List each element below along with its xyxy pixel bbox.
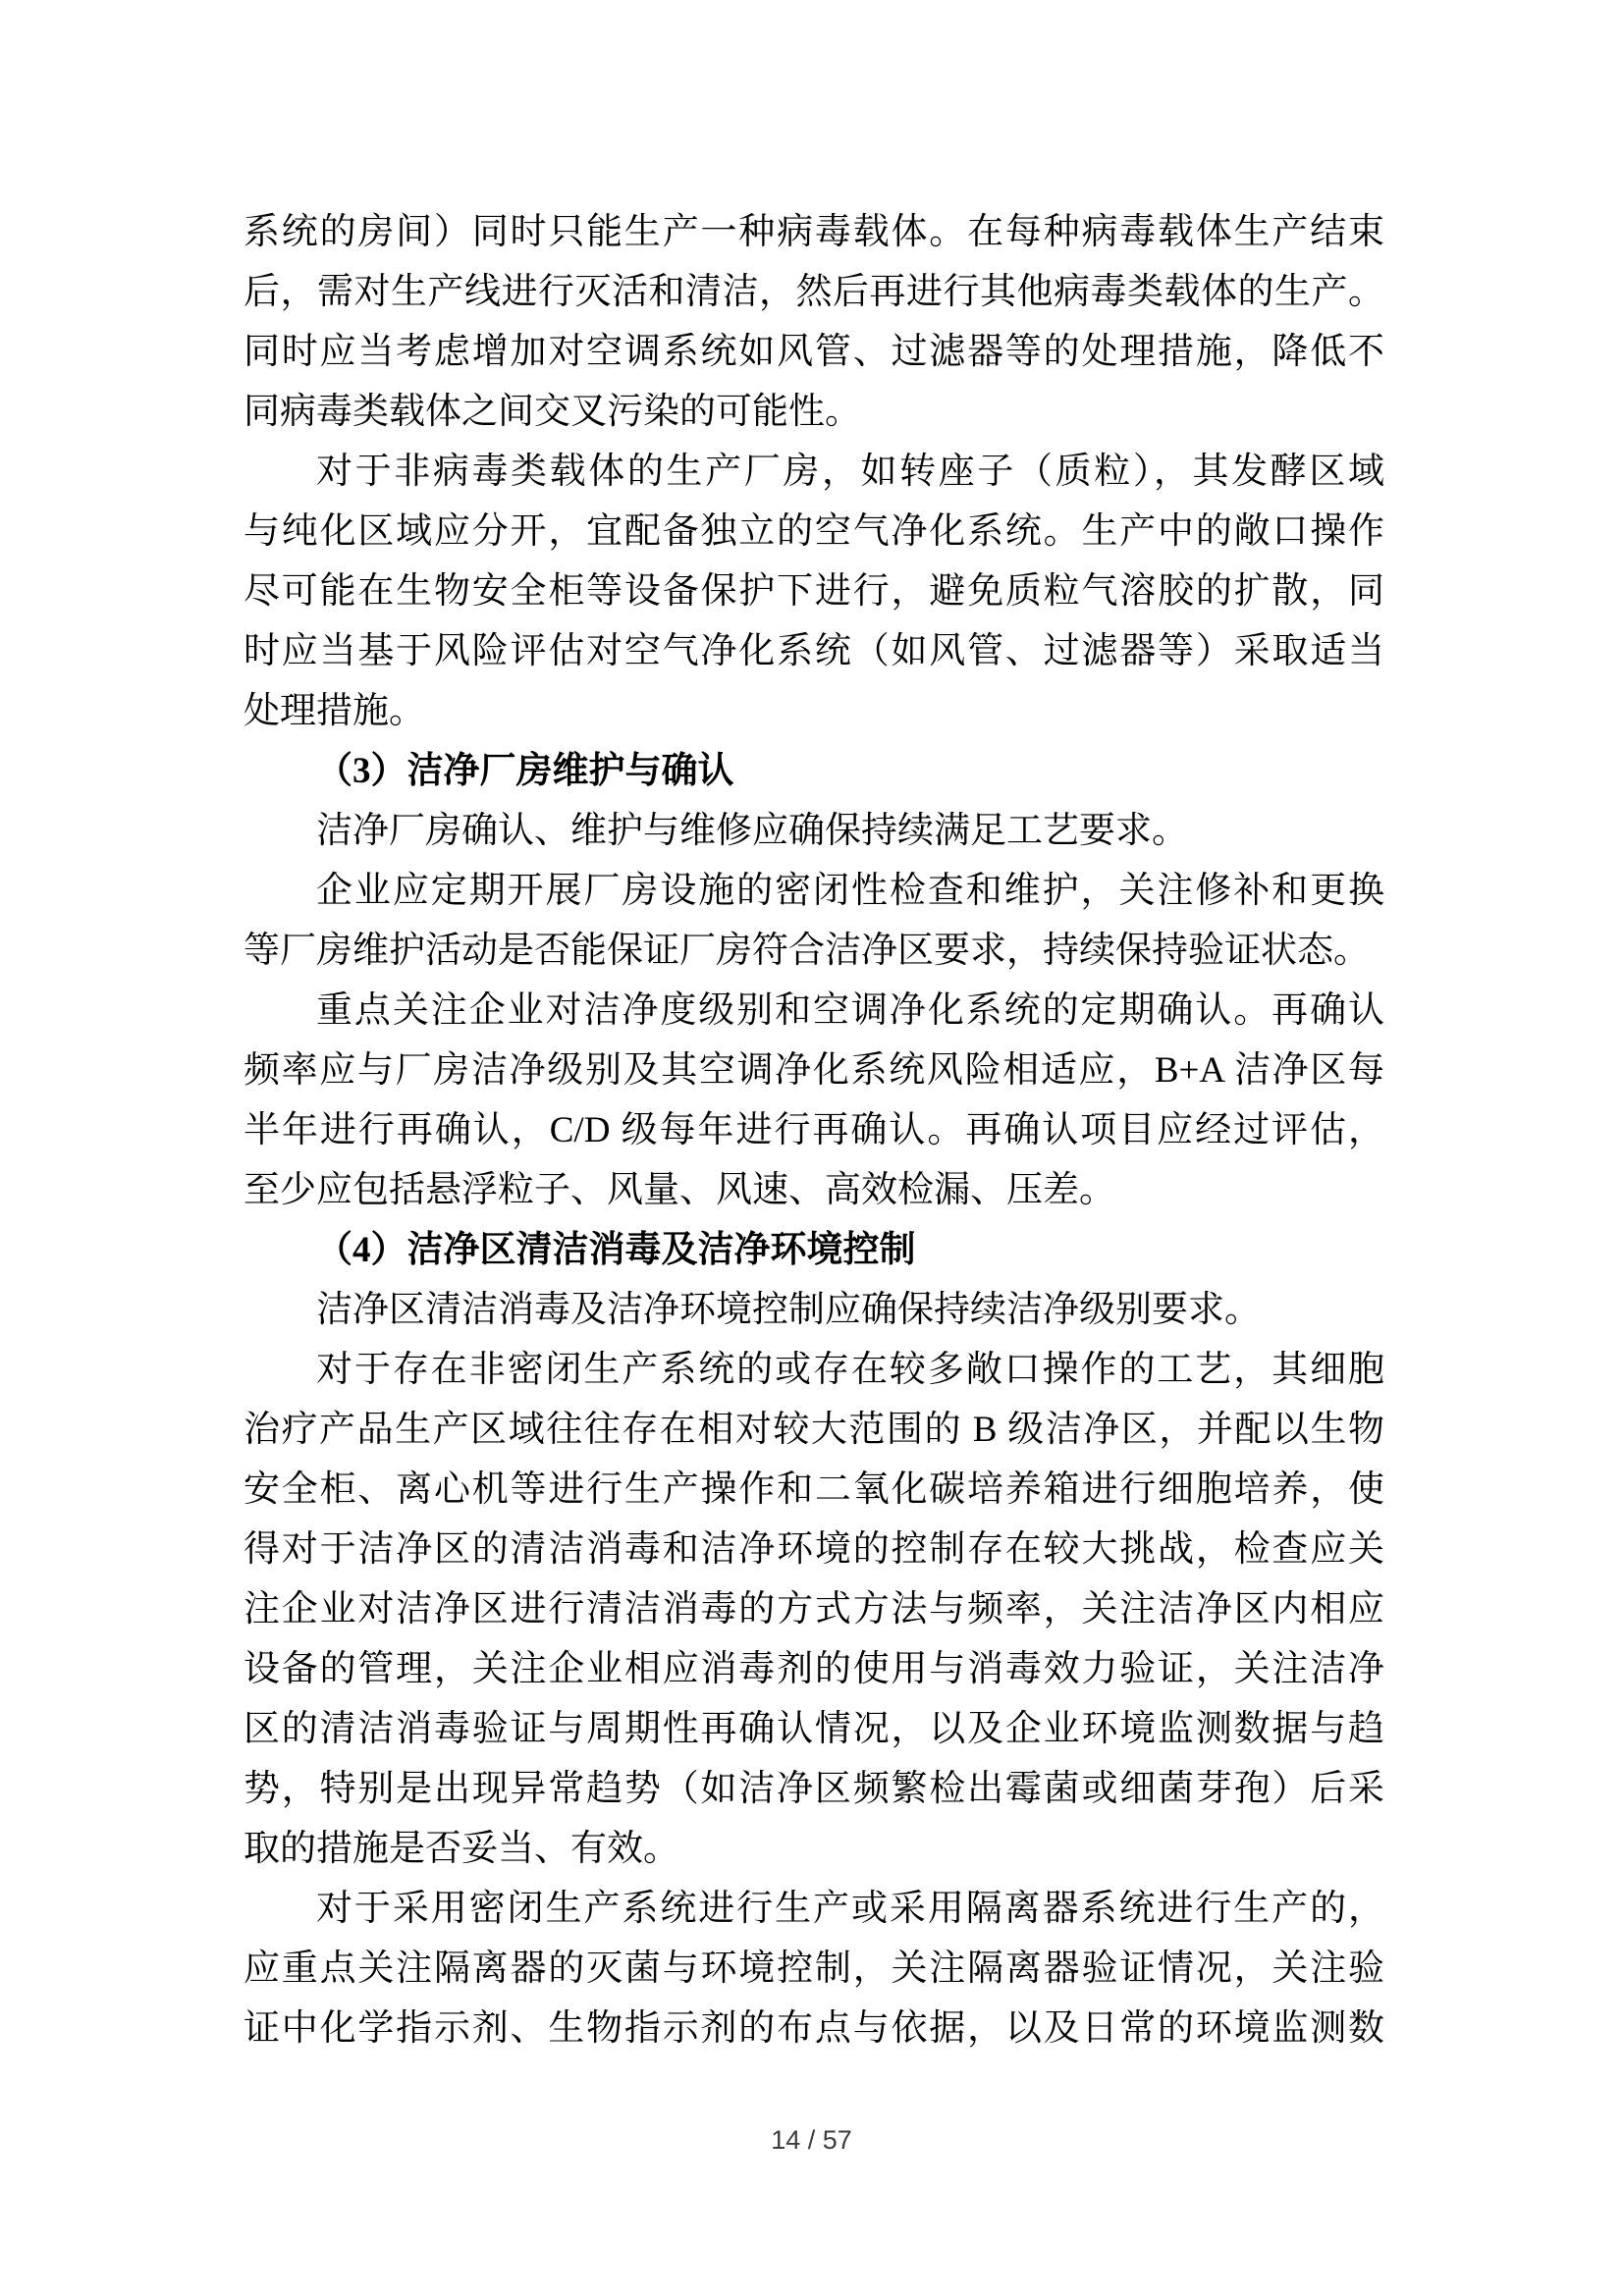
section-heading: （4）洁净区清洁消毒及洁净环境控制 — [243, 1220, 1384, 1280]
text-line: 与纯化区域应分开，宜配备独立的空气净化系统。生产中的敞口操作 — [243, 502, 1384, 561]
text-line: 治疗产品生产区域往往存在相对较大范围的 B 级洁净区，并配以生物 — [243, 1400, 1384, 1460]
text-line: 证中化学指示剂、生物指示剂的布点与依据，以及日常的环境监测数 — [243, 1999, 1384, 2058]
text-line: 处理措施。 — [243, 681, 1384, 741]
text-line: 对于存在非密闭生产系统的或存在较多敞口操作的工艺，其细胞 — [243, 1340, 1384, 1400]
text-line: 势，特别是出现异常趋势（如洁净区频繁检出霉菌或细菌芽孢）后采 — [243, 1759, 1384, 1819]
text-line: 至少应包括悬浮粒子、风量、风速、高效检漏、压差。 — [243, 1160, 1384, 1220]
text-line: 洁净区清洁消毒及洁净环境控制应确保持续洁净级别要求。 — [243, 1280, 1384, 1340]
text-line: 设备的管理，关注企业相应消毒剂的使用与消毒效力验证，关注洁净 — [243, 1639, 1384, 1699]
text-line: 注企业对洁净区进行清洁消毒的方式方法与频率，关注洁净区内相应 — [243, 1579, 1384, 1639]
section-heading: （3）洁净厂房维护与确认 — [243, 741, 1384, 801]
text-line: 区的清洁消毒验证与周期性再确认情况，以及企业环境监测数据与趋 — [243, 1699, 1384, 1759]
text-line: 对于非病毒类载体的生产厂房，如转座子（质粒），其发酵区域 — [243, 442, 1384, 502]
text-line: 等厂房维护活动是否能保证厂房符合洁净区要求，持续保持验证状态。 — [243, 921, 1384, 981]
text-line: 对于采用密闭生产系统进行生产或采用隔离器系统进行生产的， — [243, 1879, 1384, 1939]
text-line: 频率应与厂房洁净级别及其空调净化系统风险相适应，B+A 洁净区每 — [243, 1041, 1384, 1100]
text-line: 系统的房间）同时只能生产一种病毒载体。在每种病毒载体生产结束 — [243, 202, 1384, 262]
text-line: 应重点关注隔离器的灭菌与环境控制，关注隔离器验证情况，关注验 — [243, 1939, 1384, 1999]
text-line: 尽可能在生物安全柜等设备保护下进行，避免质粒气溶胶的扩散，同 — [243, 561, 1384, 621]
text-line: 企业应定期开展厂房设施的密闭性检查和维护，关注修补和更换 — [243, 861, 1384, 921]
text-line: 洁净厂房确认、维护与维修应确保持续满足工艺要求。 — [243, 801, 1384, 861]
text-line: 安全柜、离心机等进行生产操作和二氧化碳培养箱进行细胞培养，使 — [243, 1460, 1384, 1520]
text-line: 得对于洁净区的清洁消毒和洁净环境的控制存在较大挑战，检查应关 — [243, 1520, 1384, 1579]
text-line: 后，需对生产线进行灭活和清洁，然后再进行其他病毒类载体的生产。 — [243, 262, 1384, 322]
text-line: 半年进行再确认，C/D 级每年进行再确认。再确认项目应经过评估， — [243, 1100, 1384, 1160]
body-text: 系统的房间）同时只能生产一种病毒载体。在每种病毒载体生产结束 后，需对生产线进行… — [243, 202, 1384, 2058]
text-line: 同病毒类载体之间交叉污染的可能性。 — [243, 382, 1384, 442]
page-number: 14 / 57 — [0, 2120, 1623, 2160]
text-line: 重点关注企业对洁净度级别和空调净化系统的定期确认。再确认 — [243, 981, 1384, 1041]
text-line: 同时应当考虑增加对空调系统如风管、过滤器等的处理措施，降低不 — [243, 322, 1384, 382]
text-line: 时应当基于风险评估对空气净化系统（如风管、过滤器等）采取适当 — [243, 621, 1384, 681]
text-line: 取的措施是否妥当、有效。 — [243, 1819, 1384, 1879]
document-page: 系统的房间）同时只能生产一种病毒载体。在每种病毒载体生产结束 后，需对生产线进行… — [0, 0, 1623, 2296]
